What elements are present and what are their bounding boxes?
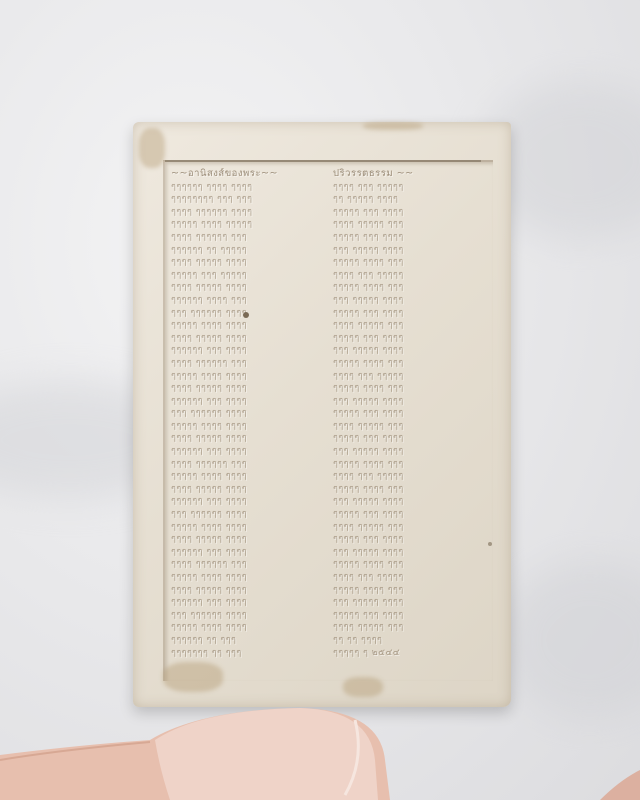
inscription-line: ๆๆๆๆๆ ๆๆๆๆ ๆๆๆๆ — [171, 420, 331, 433]
inscription-line: ๆๆๆ ๆๆๆๆๆ ๆๆๆๆ — [333, 495, 483, 508]
inscription-line: ๆๆๆ ๆๆๆๆๆๆ ๆๆๆๆ — [171, 407, 331, 420]
inscription-line: ๆๆๆๆ ๆๆๆๆๆ ๆๆๆๆ — [171, 281, 331, 294]
text-column-left: ~~อานิสงส์ของพระ~~ ๆๆๆๆๆๆ ๆๆๆๆ ๆๆๆๆๆๆๆๆๆ… — [171, 168, 331, 667]
inscription-line: ๆๆๆๆๆๆ ๆๆๆ ๆๆๆๆ — [171, 495, 331, 508]
inscription-line: ๆๆๆๆๆ ๆๆๆ ๆๆๆๆ — [333, 407, 483, 420]
inscription-line: ๆๆๆๆ ๆๆๆๆๆ ๆๆๆๆ — [171, 432, 331, 445]
inscription-line: ๆๆๆๆ ๆๆๆ ๆๆๆๆๆ — [333, 470, 483, 483]
inscription-line: ๆๆๆๆๆๆ ๆๆๆ ๆๆๆๆ — [171, 344, 331, 357]
inscription-line: ๆๆๆๆๆ ๆๆๆๆ ๆๆๆ — [333, 281, 483, 294]
inscription-line: ๆๆๆๆ ๆๆๆๆๆๆ ๆๆๆ — [171, 458, 331, 471]
inscription-line: ๆๆๆๆๆ ๆๆๆ ๆๆๆๆ — [333, 332, 483, 345]
inscription-line: ๆๆๆๆๆ ๆๆๆๆ ๆๆๆๆ — [171, 621, 331, 634]
inscription-line: ๆๆๆๆๆๆ ๆๆๆๆ ๆๆๆ — [171, 294, 331, 307]
inscription-line: ๆๆๆๆ ๆๆๆๆๆ ๆๆๆๆ — [171, 533, 331, 546]
inscription-line: ๆๆ ๆๆ ๆๆๆๆ — [333, 634, 483, 647]
inscription-line: ๆๆๆๆๆ ๆๆๆๆ ๆๆๆ — [333, 357, 483, 370]
inscription-line: ๆๆๆๆๆ ๆๆๆ ๆๆๆๆ — [333, 609, 483, 622]
inscription-line: ๆๆๆๆ ๆๆๆๆๆๆ ๆๆๆ — [171, 357, 331, 370]
inscription-line: ๆๆๆๆๆ ๆๆๆๆ ๆๆๆๆ — [171, 370, 331, 383]
column-heading-right: ปริวรรตธรรม ~~ — [333, 168, 483, 181]
inscription-line: ๆๆๆๆ ๆๆๆๆๆ ๆๆๆๆ — [171, 382, 331, 395]
surface-stain — [139, 128, 165, 168]
inscription-line: ๆๆๆๆๆ ๆๆๆ ๆๆๆๆ — [333, 231, 483, 244]
inscription-line: ๆๆๆ ๆๆๆๆๆ ๆๆๆๆ — [333, 244, 483, 257]
inscription-line: ๆๆๆๆๆ ๆๆๆๆ ๆๆๆ — [333, 558, 483, 571]
inscription-line: ๆๆๆๆๆ ๆๆๆๆ ๆๆๆๆ — [171, 521, 331, 534]
amulet-tablet: ~~อานิสงส์ของพระ~~ ๆๆๆๆๆๆ ๆๆๆๆ ๆๆๆๆๆๆๆๆๆ… — [133, 122, 511, 707]
inscription-line: ๆๆ ๆๆๆๆๆ ๆๆๆๆ — [333, 193, 483, 206]
inscription-line: ๆๆๆๆๆ ๆๆๆ ๆๆๆๆ — [333, 533, 483, 546]
inscription-line: ๆๆๆๆๆๆ ๆๆ ๆๆๆ — [171, 634, 331, 647]
inscription-line: ๆๆๆๆ ๆๆๆ ๆๆๆๆๆ — [333, 370, 483, 383]
inscription-line: ๆๆๆ ๆๆๆๆๆ ๆๆๆๆ — [333, 546, 483, 559]
inscription-line: ๆๆๆๆ ๆๆๆๆๆ ๆๆๆๆ — [171, 483, 331, 496]
inscription-line: ๆๆๆ ๆๆๆๆๆๆ ๆๆๆๆ — [171, 307, 331, 320]
inscription-line: ๆๆๆๆๆ ๆๆๆๆ ๆๆๆๆ — [171, 319, 331, 332]
inscription-line: ๆๆๆๆๆ ๆๆๆ ๆๆๆๆ — [333, 508, 483, 521]
inscription-line: ๆๆๆๆๆๆ ๆๆๆ ๆๆๆๆ — [171, 546, 331, 559]
inscription-line: ๆๆๆๆๆ ๆๆๆๆ ๆๆๆๆ — [171, 571, 331, 584]
inscription-line: ๆๆๆๆ ๆๆๆ ๆๆๆๆๆ — [333, 571, 483, 584]
inscription-line: ๆๆๆๆ ๆๆๆๆๆๆ ๆๆๆ — [171, 231, 331, 244]
inscription-line: ๆๆๆ ๆๆๆๆๆ ๆๆๆๆ — [333, 395, 483, 408]
inscription-line: ๆๆๆๆ ๆๆๆๆๆๆ ๆๆๆ — [171, 558, 331, 571]
inscription-line: ๆๆๆๆๆๆ ๆๆๆๆ ๆๆๆๆ — [171, 181, 331, 194]
inscription-line: ๆๆๆๆๆ ๆ ๒๕๔๔ — [333, 647, 483, 660]
inscription-line: ๆๆๆๆๆ ๆๆๆๆ ๆๆๆๆๆ — [171, 218, 331, 231]
inscription-line: ๆๆๆๆ ๆๆๆๆๆ ๆๆๆ — [333, 621, 483, 634]
inscription-line: ๆๆๆๆๆๆ ๆๆๆ ๆๆๆๆ — [171, 395, 331, 408]
inscription-line: ๆๆๆๆ ๆๆๆๆๆ ๆๆๆ — [333, 420, 483, 433]
inscription-line: ๆๆๆ ๆๆๆๆๆ ๆๆๆๆ — [333, 445, 483, 458]
surface-stain — [343, 677, 383, 697]
inscription-line: ๆๆๆๆๆ ๆๆๆ ๆๆๆๆๆ — [171, 269, 331, 282]
inscription-line: ๆๆๆๆๆ ๆๆๆๆ ๆๆๆ — [333, 483, 483, 496]
inscription-line: ๆๆๆๆ ๆๆๆๆๆ ๆๆๆๆ — [171, 332, 331, 345]
surface-stain — [163, 662, 223, 692]
inscription-line: ๆๆๆๆ ๆๆๆๆๆ ๆๆๆๆ — [171, 256, 331, 269]
inscription-line: ๆๆๆๆ ๆๆๆๆๆ ๆๆๆๆ — [171, 584, 331, 597]
inscription-line: ๆๆๆ ๆๆๆๆๆๆ ๆๆๆๆ — [171, 508, 331, 521]
inscription-line: ๆๆๆ ๆๆๆๆๆ ๆๆๆๆ — [333, 596, 483, 609]
inscription-line: ๆๆๆๆๆ ๆๆๆๆ ๆๆๆ — [333, 584, 483, 597]
inscription-line: ๆๆๆๆๆๆ ๆๆๆ ๆๆๆๆ — [171, 445, 331, 458]
inscription-line: ๆๆๆๆ ๆๆๆๆๆๆ ๆๆๆๆ — [171, 206, 331, 219]
text-column-right: ปริวรรตธรรม ~~ ๆๆๆๆ ๆๆๆ ๆๆๆๆๆๆๆ ๆๆๆๆๆ ๆๆ… — [333, 168, 483, 667]
inscription-line: ๆๆๆๆๆๆ ๆๆๆ ๆๆๆๆ — [171, 596, 331, 609]
inscription-line: ๆๆๆๆๆๆๆๆ ๆๆๆ ๆๆๆ — [171, 193, 331, 206]
inscription-line: ๆๆๆๆ ๆๆๆ ๆๆๆๆๆ — [333, 269, 483, 282]
inscription-line: ๆๆๆๆ ๆๆๆๆๆ ๆๆๆ — [333, 521, 483, 534]
inscription-line: ๆๆๆๆๆ ๆๆๆ ๆๆๆๆ — [333, 432, 483, 445]
inscription-line: ๆๆๆ ๆๆๆๆๆ ๆๆๆๆ — [333, 294, 483, 307]
tablet-top-rule — [165, 160, 481, 162]
dark-speck — [488, 542, 492, 546]
surface-stain — [363, 122, 423, 130]
inscription-line: ๆๆๆๆๆ ๆๆๆๆ ๆๆๆ — [333, 382, 483, 395]
inscription-line: ๆๆๆ ๆๆๆๆๆๆ ๆๆๆๆ — [171, 609, 331, 622]
fabric-fold — [500, 560, 640, 720]
inscription-line: ๆๆๆๆ ๆๆๆ ๆๆๆๆๆ — [333, 181, 483, 194]
inscription-line: ๆๆๆๆๆ ๆๆๆๆ ๆๆๆ — [333, 458, 483, 471]
inscription-line: ๆๆๆๆๆ ๆๆๆ ๆๆๆๆ — [333, 206, 483, 219]
inscription-line: ๆๆๆๆๆ ๆๆๆๆ ๆๆๆ — [333, 256, 483, 269]
inscription-line: ๆๆๆๆ ๆๆๆๆๆ ๆๆๆ — [333, 319, 483, 332]
inscription-line: ๆๆๆๆๆ ๆๆๆ ๆๆๆๆ — [333, 307, 483, 320]
thumb — [0, 700, 640, 800]
inscription-line: ๆๆๆๆๆๆ ๆๆ ๆๆๆๆๆ — [171, 244, 331, 257]
inscription-line: ๆๆๆๆๆ ๆๆๆๆ ๆๆๆๆ — [171, 470, 331, 483]
inscription-line: ๆๆๆ ๆๆๆๆๆ ๆๆๆๆ — [333, 344, 483, 357]
dark-speck — [243, 312, 249, 318]
inscription-line: ๆๆๆๆๆๆๆ ๆๆ ๆๆๆ — [171, 647, 331, 660]
column-heading-left: ~~อานิสงส์ของพระ~~ — [171, 168, 331, 181]
inscription-line: ๆๆๆๆ ๆๆๆๆๆ ๆๆๆ — [333, 218, 483, 231]
